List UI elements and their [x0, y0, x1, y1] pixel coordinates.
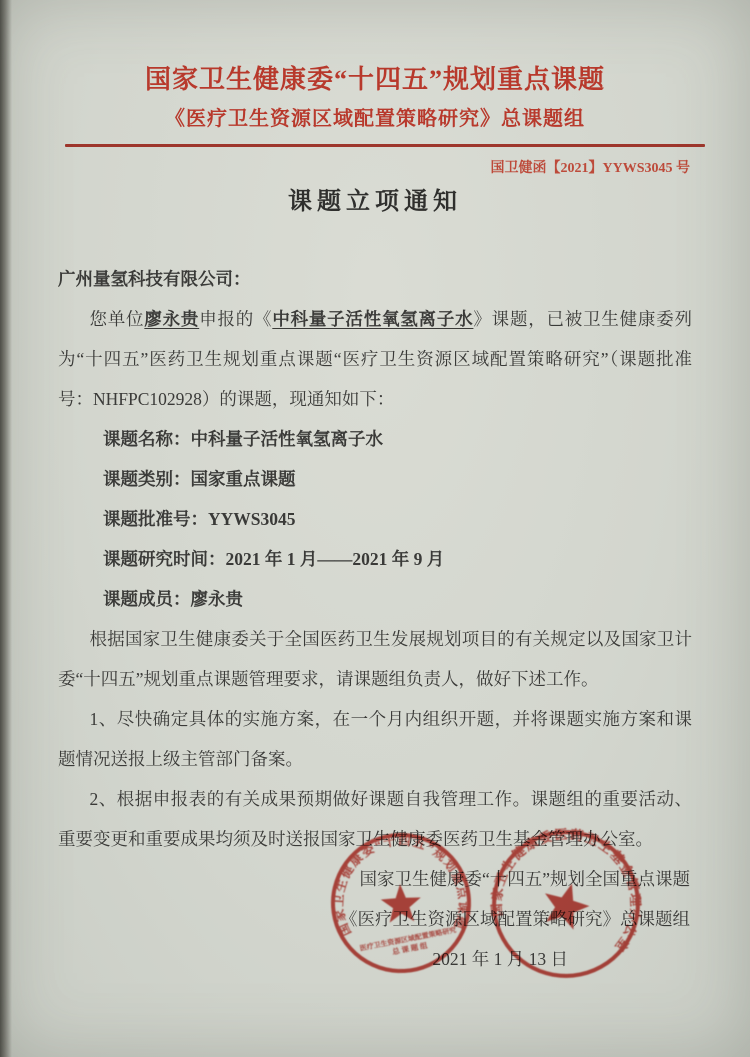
notice-body: 广州量氢科技有限公司： 您单位廖永贵申报的《中科量子活性氧氢离子水》课题，已被卫…: [58, 259, 692, 859]
detail-project-members: 课题成员：廖永贵: [103, 579, 692, 619]
notice-title: 课题立项通知: [0, 185, 750, 219]
photo-left-edge-shadow: [0, 0, 12, 1057]
paragraph-intro: 您单位廖永贵申报的《中科量子活性氧氢离子水》课题，已被卫生健康委列为“十四五”医…: [58, 299, 692, 419]
letterhead-title-line2: 《医疗卫生资源区域配置策略研究》总课题组: [0, 104, 750, 134]
left-official-seal-stamp: 国家卫生健康委“十四五”规划重点课题 医疗卫生资源区域配置策略研究 总 课 题 …: [322, 824, 480, 982]
paragraph-regulations: 根据国家卫生健康委关于全国医药卫生发展规划项目的有关规定以及国家卫计委“十四五”…: [58, 619, 692, 699]
project-title-inline: 中科量子活性氧氢离子水: [272, 309, 473, 329]
document-number: 国卫健函【2021】YYWS3045 号: [0, 159, 690, 179]
detail-research-period: 课题研究时间：2021 年 1 月——2021 年 9 月: [103, 539, 692, 579]
paragraph-item-1: 1、尽快确定具体的实施方案，在一个月内组织开题，并将课题实施方案和课题情况送报上…: [58, 699, 692, 779]
detail-approval-number: 课题批准号：YYWS3045: [103, 499, 692, 539]
detail-project-category: 课题类别：国家重点课题: [103, 459, 692, 499]
applicant-name: 廖永贵: [144, 309, 199, 329]
salutation: 广州量氢科技有限公司：: [58, 259, 692, 299]
left-seal-star-icon: [380, 883, 422, 923]
letterhead-divider-line: [65, 144, 705, 147]
letterhead-title-line1: 国家卫生健康委“十四五”规划重点课题: [0, 62, 750, 98]
left-seal-rim-text: 国家卫生健康委“十四五”规划重点课题: [327, 829, 473, 939]
document-photo: 国家卫生健康委“十四五”规划重点课题 《医疗卫生资源区域配置策略研究》总课题组 …: [0, 0, 750, 1057]
intro-text-1: 您单位: [90, 309, 145, 329]
right-seal-star-icon: [538, 877, 595, 932]
detail-project-name: 课题名称：中科量子活性氧氢离子水: [103, 419, 692, 459]
svg-text:国家卫生健康委“十四五”规划重点课题: 国家卫生健康委“十四五”规划重点课题: [327, 829, 473, 939]
intro-text-2: 申报的《: [199, 309, 272, 329]
